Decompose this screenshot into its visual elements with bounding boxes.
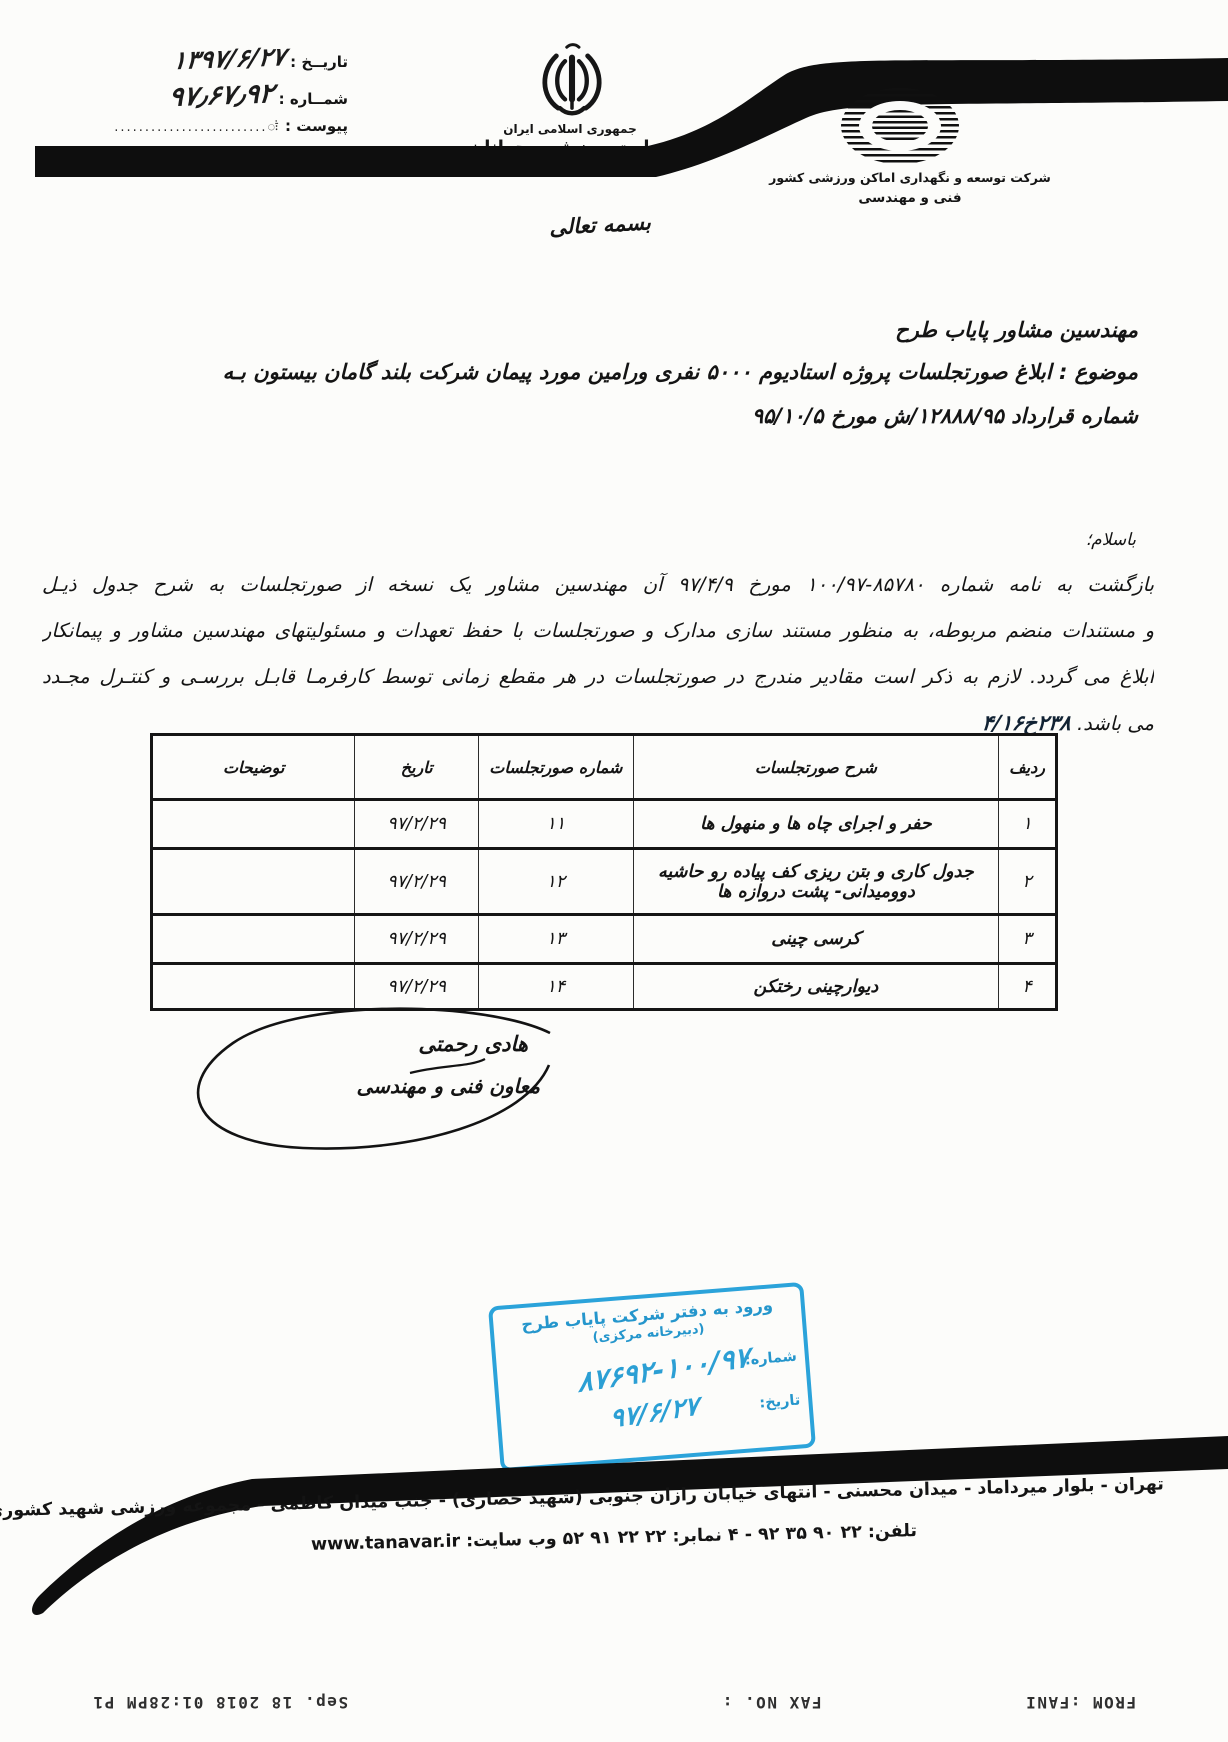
body-line-3: ابلاغ می گردد. لازم به ذکر است مقادیر من…: [42, 654, 1154, 700]
row-notes: [152, 915, 355, 964]
fax-from: FROM :FANI: [1025, 1693, 1136, 1712]
fax-header-strip: FROM :FANI FAX NO. : Sep. 18 2018 01:28P…: [92, 1693, 1136, 1712]
signatory-title: معاون فنی و مهندسی: [356, 1074, 540, 1098]
company-logo-ring: [859, 101, 941, 151]
row-no: ۴: [999, 964, 1057, 1010]
salutation-text: باسلام؛: [1086, 530, 1136, 550]
company-name-caption: شرکت توسعه و نگهداری اماکن ورزشی کشور: [745, 170, 1075, 185]
col-header-notes: توضیحات: [152, 735, 355, 800]
stamp-number-value: ۸۷۶۹۲-۱۰۰/۹۷: [577, 1340, 750, 1398]
company-dept-caption: فنی و مهندسی: [745, 190, 1075, 206]
scanned-letter-page: تاریــخ : ۱۳۹۷/۶/۲۷ شمــاره : ۹۷٫۶۷٫۹۲ پ…: [0, 0, 1228, 1742]
row-number: ۱۲: [478, 849, 633, 915]
row-no: ۱: [999, 800, 1057, 849]
company-logo-core: [872, 110, 928, 142]
col-header-description: شرح صورتجلسات: [633, 735, 998, 800]
col-header-date: تاریخ: [355, 735, 479, 800]
table-row: ۳ کرسی چینی ۱۳ ۹۷/۲/۲۹: [152, 915, 1057, 964]
row-number: ۱۱: [478, 800, 633, 849]
row-notes: [152, 849, 355, 915]
row-number: ۱۳: [478, 915, 633, 964]
company-logo-icon: [841, 88, 959, 164]
row-date: ۹۷/۲/۲۹: [355, 915, 479, 964]
subject-line-2: شماره قرارداد ۱۲۸۸۸/۹۵/ش مورخ ۹۵/۱۰/۵: [752, 404, 1138, 428]
row-description: دیوارچینی رختکن: [633, 964, 998, 1010]
signatory-name: هادی رحمتی: [418, 1032, 528, 1056]
fax-number-label: FAX NO. :: [721, 1693, 821, 1712]
body-line-4-text: می باشد.: [1077, 712, 1154, 735]
body-line-2: و مستندات منضم مربوطه، به منظور مستند سا…: [42, 608, 1154, 654]
row-notes: [152, 800, 355, 849]
body-line-1: بازگشت به نامه شماره ۸۵۷۸۰-۱۰۰/۹۷ مورخ ۹…: [42, 562, 1154, 608]
row-date: ۹۷/۲/۲۹: [355, 849, 479, 915]
fax-timestamp: Sep. 18 2018 01:28PM P1: [92, 1693, 348, 1712]
row-description: جدول کاری و بتن ریزی کف پیاده رو حاشیه د…: [633, 849, 998, 915]
bismillah-text: بسمه تعالی: [519, 208, 680, 241]
minutes-table: ردیف شرح صورتجلسات شماره صورتجلسات تاریخ…: [150, 733, 1058, 1011]
row-description: کرسی چینی: [633, 915, 998, 964]
table-row: ۱ حفر و اجرای چاه ها و منهول ها ۱۱ ۹۷/۲/…: [152, 800, 1057, 849]
col-header-row-no: ردیف: [999, 735, 1057, 800]
subject-line-1: موضوع : ابلاغ صورتجلسات پروژه استادیوم ۵…: [223, 360, 1138, 384]
row-no: ۲: [999, 849, 1057, 915]
table-header-row: ردیف شرح صورتجلسات شماره صورتجلسات تاریخ…: [152, 735, 1057, 800]
row-date: ۹۷/۲/۲۹: [355, 800, 479, 849]
row-description: حفر و اجرای چاه ها و منهول ها: [633, 800, 998, 849]
row-no: ۳: [999, 915, 1057, 964]
table-row: ۲ جدول کاری و بتن ریزی کف پیاده رو حاشیه…: [152, 849, 1057, 915]
col-header-number: شماره صورتجلسات: [478, 735, 633, 800]
recipient-line: مهندسین مشاور پایاب طرح: [895, 318, 1138, 342]
body-paragraph: بازگشت به نامه شماره ۸۵۷۸۰-۱۰۰/۹۷ مورخ ۹…: [42, 562, 1154, 746]
stamp-number-label: شماره:: [744, 1349, 797, 1369]
